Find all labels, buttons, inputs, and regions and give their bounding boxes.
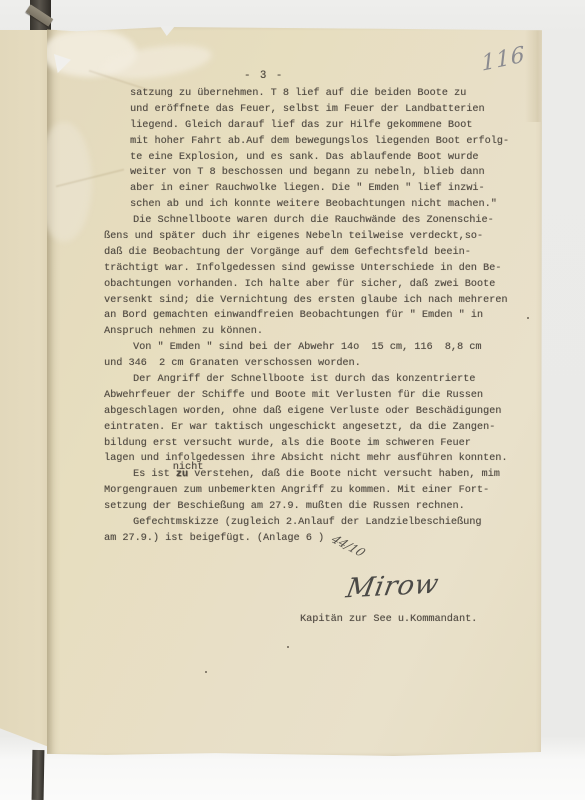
text-line: setzung der Beschießung am 27.9. mußten … (104, 499, 509, 515)
text-line: satzung zu übernehmen. T 8 lief auf die … (130, 86, 509, 102)
text-line: an Bord gemachten einwandfreien Beobacht… (104, 308, 509, 324)
text-line: Anspruch nehmen zu können. (104, 324, 509, 340)
text-segment: verstehen, daß die Boote nicht versucht … (188, 469, 500, 480)
ink-speck (527, 317, 529, 319)
text-line: Morgengrauen zum unbemerkten Angriff zu … (104, 483, 509, 499)
binder-rod-bottom-icon (32, 750, 45, 800)
paragraph-5: Es ist nichtzu verstehen, daß die Boote … (104, 467, 509, 515)
text-line-with-insertion: Es ist nichtzu verstehen, daß die Boote … (104, 467, 509, 483)
text-line: Der Angriff der Schnellboote ist durch d… (104, 372, 509, 388)
text-line: aber in einer Rauchwolke liegen. Die " E… (130, 181, 509, 197)
text-line: versenkt sind; die Vernichtung des erste… (104, 293, 509, 309)
typed-text-body: satzung zu übernehmen. T 8 lief auf die … (104, 86, 509, 547)
text-line: obachtungen vorhanden. Ich halte aber fü… (104, 277, 509, 293)
paragraph-2: Die Schnellboote waren durch die Rauchwä… (104, 213, 509, 340)
text-line: eintraten. Er war taktisch ungeschickt a… (104, 420, 509, 436)
text-line: trächtigt war. Infolgedessen sind gewiss… (104, 261, 509, 277)
text-line: am 27.9.) ist beigefügt. (Anlage 6 ) (104, 531, 509, 547)
text-line: und 346 2 cm Granaten verschossen worden… (104, 356, 509, 372)
paragraph-3: Von " Emden " sind bei der Abwehr 14o 15… (104, 340, 509, 372)
paragraph-4: Der Angriff der Schnellboote ist durch d… (104, 372, 509, 467)
scanned-document: 116 - 3 - satzung zu übernehmen. T 8 lie… (0, 0, 585, 800)
text-line: abgeschlagen worden, ohne daß eigene Ver… (104, 404, 509, 420)
typed-page-number: - 3 - (244, 70, 284, 82)
ink-speck (205, 671, 207, 673)
paper-edge-shadow (525, 27, 541, 122)
text-line: Die Schnellboote waren durch die Rauchwä… (104, 213, 509, 229)
signature-title: Kapitän zur See u.Kommandant. (300, 614, 477, 625)
ink-speck (287, 646, 289, 648)
binder-clip-icon (26, 4, 54, 26)
paragraph-6: Gefechtmskizze (zugleich 2.Anlauf der La… (104, 515, 509, 547)
text-line: mit hoher Fahrt ab.Auf dem bewegungslos … (130, 134, 509, 150)
text-line: lagen und infolgedessen ihre Absicht nic… (104, 451, 509, 467)
text-line: liegend. Gleich darauf lief das zur Hilf… (130, 118, 509, 134)
text-line: bildung erst versucht wurde, als die Boo… (104, 436, 509, 452)
text-line: daß die Beobachtung der Vorgänge auf dem… (104, 245, 509, 261)
text-line: weiter von T 8 beschossen und begann zu … (130, 165, 509, 181)
text-line: ßens und später duch ihr eigenes Nebeln … (104, 229, 509, 245)
text-segment: Es ist (133, 469, 176, 480)
text-line: und eröffnete das Feuer, selbst im Feuer… (130, 102, 509, 118)
paragraph-1: satzung zu übernehmen. T 8 lief auf die … (104, 86, 509, 213)
text-line: Gefechtmskizze (zugleich 2.Anlauf der La… (104, 515, 509, 531)
text-line: Abwehrfeuer der Schiffe und Boote mit Ve… (104, 388, 509, 404)
text-line: schen ab und ich konnte weitere Beobacht… (130, 197, 509, 213)
text-line: te eine Explosion, und es sank. Das abla… (130, 150, 509, 166)
binder-rod-top-icon (30, 0, 51, 30)
text-line: Von " Emden " sind bei der Abwehr 14o 15… (104, 340, 509, 356)
handwritten-signature: Mirow (344, 569, 442, 605)
typed-insertion-above-line: nicht (173, 460, 204, 476)
